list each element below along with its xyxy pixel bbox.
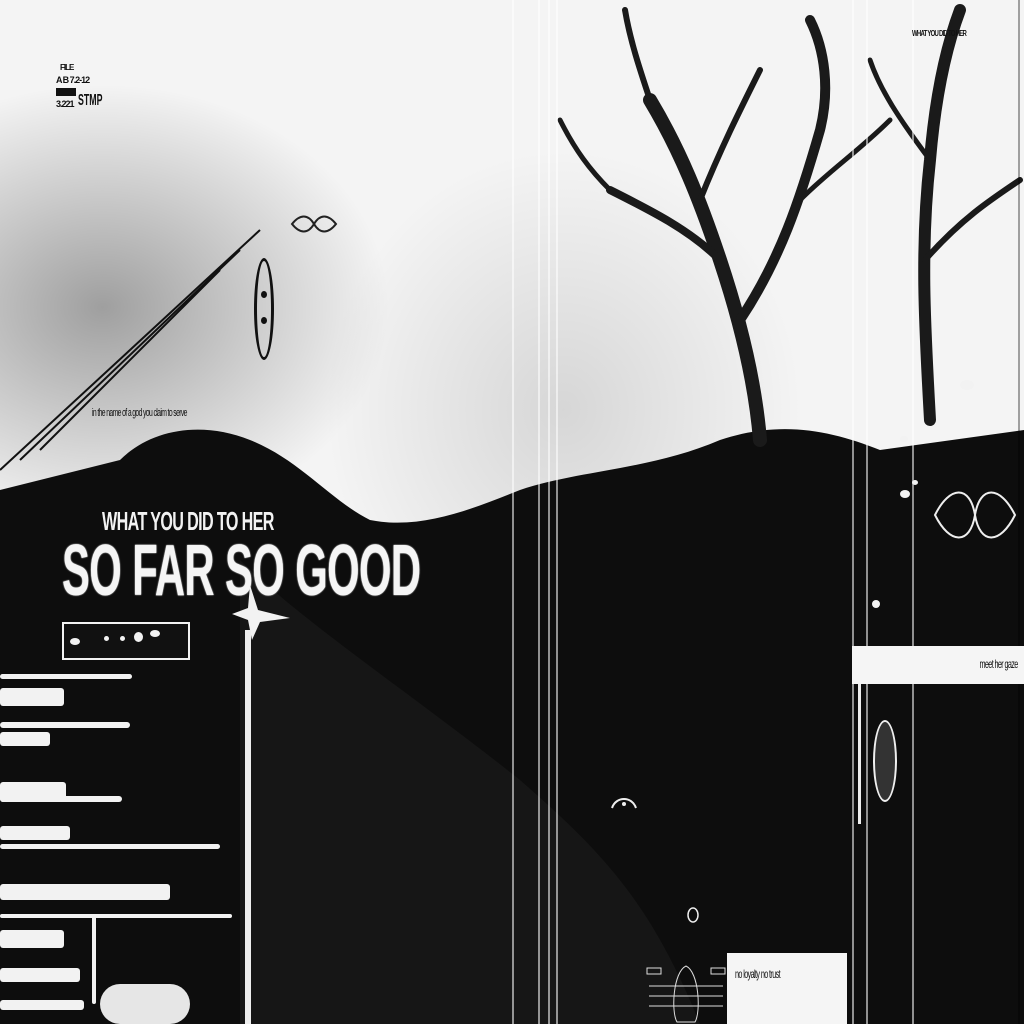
redaction-bar bbox=[0, 930, 64, 948]
redaction-bar bbox=[0, 884, 170, 900]
redaction-bar bbox=[0, 968, 80, 982]
redaction-bar bbox=[92, 914, 96, 1004]
paint-splat bbox=[900, 436, 908, 442]
paint-splat bbox=[872, 600, 880, 608]
top-right-caption: WHAT YOU DID TO HER bbox=[912, 29, 966, 38]
tagline-small: in the name of a god you claim to serve bbox=[92, 407, 187, 419]
bottom-label-text: no loyalty no trust bbox=[735, 967, 780, 981]
side-label-text: meet her gaze bbox=[980, 657, 1018, 671]
star-burst-icon bbox=[230, 580, 320, 640]
smiley-oval-icon bbox=[254, 258, 274, 360]
redaction-bar bbox=[56, 88, 76, 96]
redaction-bar bbox=[0, 674, 132, 679]
scratch-line bbox=[912, 0, 914, 1024]
file-code: A B 7.2-12 bbox=[56, 74, 89, 86]
paint-splat bbox=[900, 490, 910, 498]
paint-splat bbox=[960, 380, 974, 390]
redaction-bar bbox=[0, 722, 130, 728]
poster-canvas: FILE A B 7.2-12 3.221 STMP WHAT YOU DID … bbox=[0, 0, 1024, 1024]
redaction-bar bbox=[0, 914, 232, 918]
smiley-small-icon bbox=[686, 906, 700, 924]
scratch-line bbox=[866, 0, 868, 1024]
scratch-line bbox=[512, 0, 514, 1024]
scratch-line bbox=[538, 0, 540, 1024]
scratch-line bbox=[548, 0, 550, 1024]
meet-her-gaze-label: meet her gaze bbox=[852, 646, 1024, 684]
redaction-bar bbox=[0, 844, 220, 849]
paint-splat bbox=[912, 480, 918, 485]
scratch-line bbox=[852, 0, 854, 1024]
stamp-text: STMP bbox=[78, 92, 102, 110]
redaction-bar bbox=[0, 732, 50, 746]
tribal-ornament-icon bbox=[930, 480, 1020, 550]
film-strip-box bbox=[62, 622, 190, 660]
redaction-bar bbox=[0, 1000, 84, 1010]
small-face-icon bbox=[610, 792, 638, 812]
skeleton-diagram-icon bbox=[645, 962, 727, 1024]
no-loyalty-label: no loyalty no trust bbox=[727, 953, 847, 1024]
redaction-bar bbox=[0, 688, 64, 706]
drip-line bbox=[858, 684, 861, 824]
redaction-bar bbox=[0, 796, 122, 802]
drip-line bbox=[245, 630, 251, 1024]
scratch-line bbox=[556, 0, 558, 1024]
redaction-bar bbox=[0, 826, 70, 840]
ornament-icon bbox=[290, 212, 338, 236]
file-label: FILE bbox=[56, 62, 89, 74]
light-blotch bbox=[100, 984, 190, 1024]
eye-oval-icon bbox=[873, 720, 897, 802]
